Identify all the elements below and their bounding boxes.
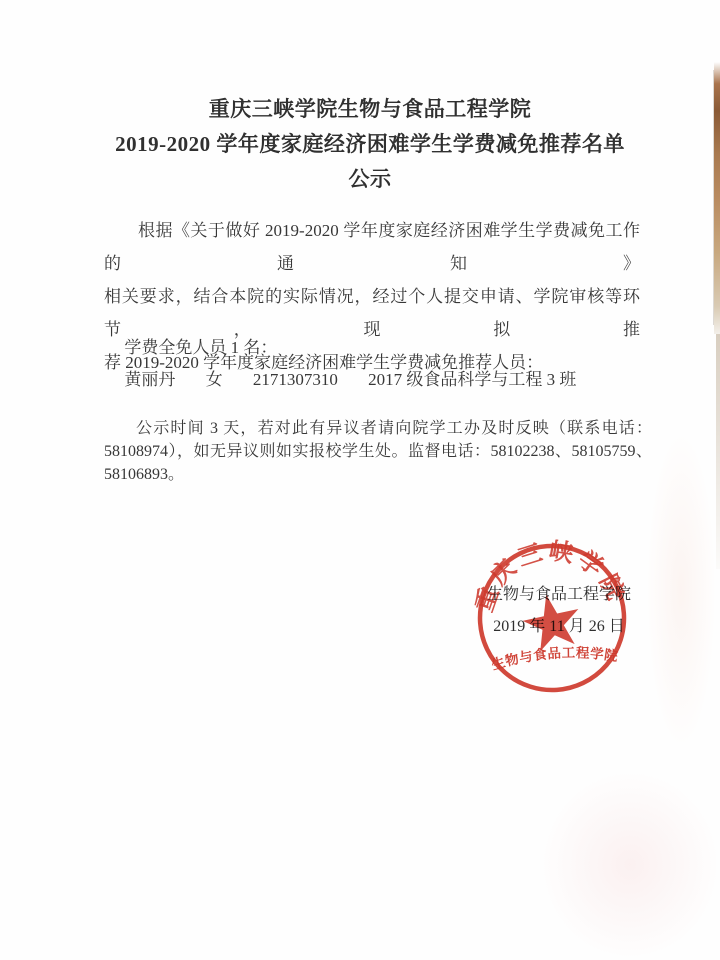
intro-line-1: 根据《关于做好 2019-2020 学年度家庭经济困难学生学费减免工作的通知》 [104,214,640,280]
publicity-line-3: 58106893。 [104,463,652,486]
title-line-college: 重庆三峡学院生物与食品工程学院 [96,92,644,127]
exemption-heading: 学费全免人员 1 名： [104,332,640,364]
scan-ink-smudge-bottom [540,770,720,960]
title-line-notice: 公示 [96,162,644,197]
document-title: 重庆三峡学院生物与食品工程学院 2019-2020 学年度家庭经济困难学生学费减… [96,92,644,197]
official-seal: 重庆三峡学院 生物与食品工程学院 [469,535,636,702]
title-line-subject: 2019-2020 学年度家庭经济困难学生学费减免推荐名单 [96,127,644,162]
scan-edge-strip-lower [716,334,720,569]
student-id: 2171307310 [253,370,338,389]
student-name: 黄丽丹 [124,370,175,389]
exemption-section: 学费全免人员 1 名： 黄丽丹 女 2171307310 2017 级食品科学与… [104,332,640,396]
scan-edge-strip [714,62,720,334]
scanned-document-page: 重庆三峡学院生物与食品工程学院 2019-2020 学年度家庭经济困难学生学费减… [0,0,720,960]
student-gender: 女 [206,370,223,389]
student-row: 黄丽丹 女 2171307310 2017 级食品科学与工程 3 班 [104,364,640,396]
publicity-line-1: 公示时间 3 天，若对此有异议者请向院学工办及时反映（联系电话： [104,417,652,440]
seal-star-icon [518,589,585,654]
publicity-line-2: 58108974），如无异议则如实报校学生处。监督电话：58102238、581… [104,440,652,463]
publicity-paragraph: 公示时间 3 天，若对此有异议者请向院学工办及时反映（联系电话： 5810897… [104,417,652,486]
student-class: 2017 级食品科学与工程 3 班 [368,370,576,389]
